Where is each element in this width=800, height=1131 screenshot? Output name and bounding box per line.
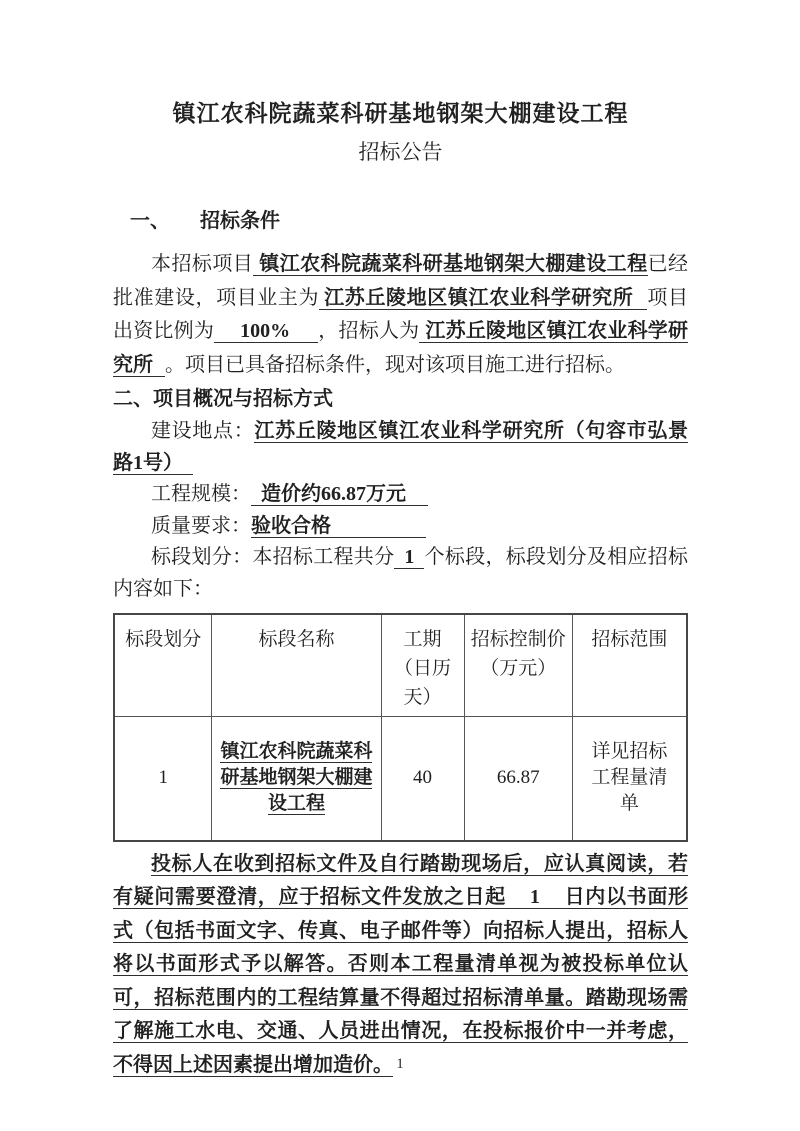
section-2-title: 项目概况与招标方式 xyxy=(153,388,333,410)
tender-conditions-paragraph: 本招标项目镇江农科院蔬菜科研基地钢架大棚建设工程已经批准建设，项目业主为江苏丘陵… xyxy=(113,248,688,382)
cell-tender-scope: 详见招标 工程量清 单 xyxy=(572,717,687,841)
field-quality-requirement: 质量要求：验收合格 xyxy=(113,511,688,543)
field-construction-location: 建设地点：江苏丘陵地区镇江农业科学研究所（句容市弘景路1号） xyxy=(113,416,688,479)
section-1-number: 一、 xyxy=(130,210,170,232)
field-project-scale: 工程规模：造价约66.87万元 xyxy=(113,479,688,511)
cell-control-price: 66.87 xyxy=(464,717,572,841)
section-name-text: 镇江农科院蔬菜科研基地钢架大棚建设工程 xyxy=(220,741,372,815)
document-page: 镇江农科院蔬菜科研基地钢架大棚建设工程 招标公告 一、招标条件 本招标项目镇江农… xyxy=(0,0,800,1131)
column-header-control-price: 招标控制价 （万元） xyxy=(464,614,572,717)
cell-duration: 40 xyxy=(381,717,464,841)
doc-title: 镇江农科院蔬菜科研基地钢架大棚建设工程 xyxy=(113,96,688,132)
page-number: 1 xyxy=(0,1056,800,1073)
cell-section-name: 镇江农科院蔬菜科研基地钢架大棚建设工程 xyxy=(212,717,381,841)
table-header-row: 标段划分 标段名称 工期 （日历 天） 招标控制价 （万元） 招标范围 xyxy=(114,614,687,717)
section-1-heading: 一、招标条件 xyxy=(113,204,688,238)
cell-section-division: 1 xyxy=(114,717,212,841)
table-row: 1 镇江农科院蔬菜科研基地钢架大棚建设工程 40 66.87 详见招标 工程量清… xyxy=(114,717,687,841)
section-1-title: 招标条件 xyxy=(200,210,280,232)
notice-paragraph: 投标人在收到招标文件及自行踏勘现场后，应认真阅读，若有疑问需要澄清，应于招标文件… xyxy=(113,848,688,1083)
tender-sections-table: 标段划分 标段名称 工期 （日历 天） 招标控制价 （万元） 招标范围 1 镇江… xyxy=(113,613,688,842)
section-2-heading: 二、项目概况与招标方式 xyxy=(113,382,688,416)
column-header-tender-scope: 招标范围 xyxy=(572,614,687,717)
column-header-duration: 工期 （日历 天） xyxy=(381,614,464,717)
column-header-section-division: 标段划分 xyxy=(114,614,212,717)
section-2-number: 二、 xyxy=(113,388,153,410)
field-section-division: 标段划分：本招标工程共分1个标段，标段划分及相应招标内容如下： xyxy=(113,542,688,605)
column-header-section-name: 标段名称 xyxy=(212,614,381,717)
doc-subtitle: 招标公告 xyxy=(113,134,688,170)
